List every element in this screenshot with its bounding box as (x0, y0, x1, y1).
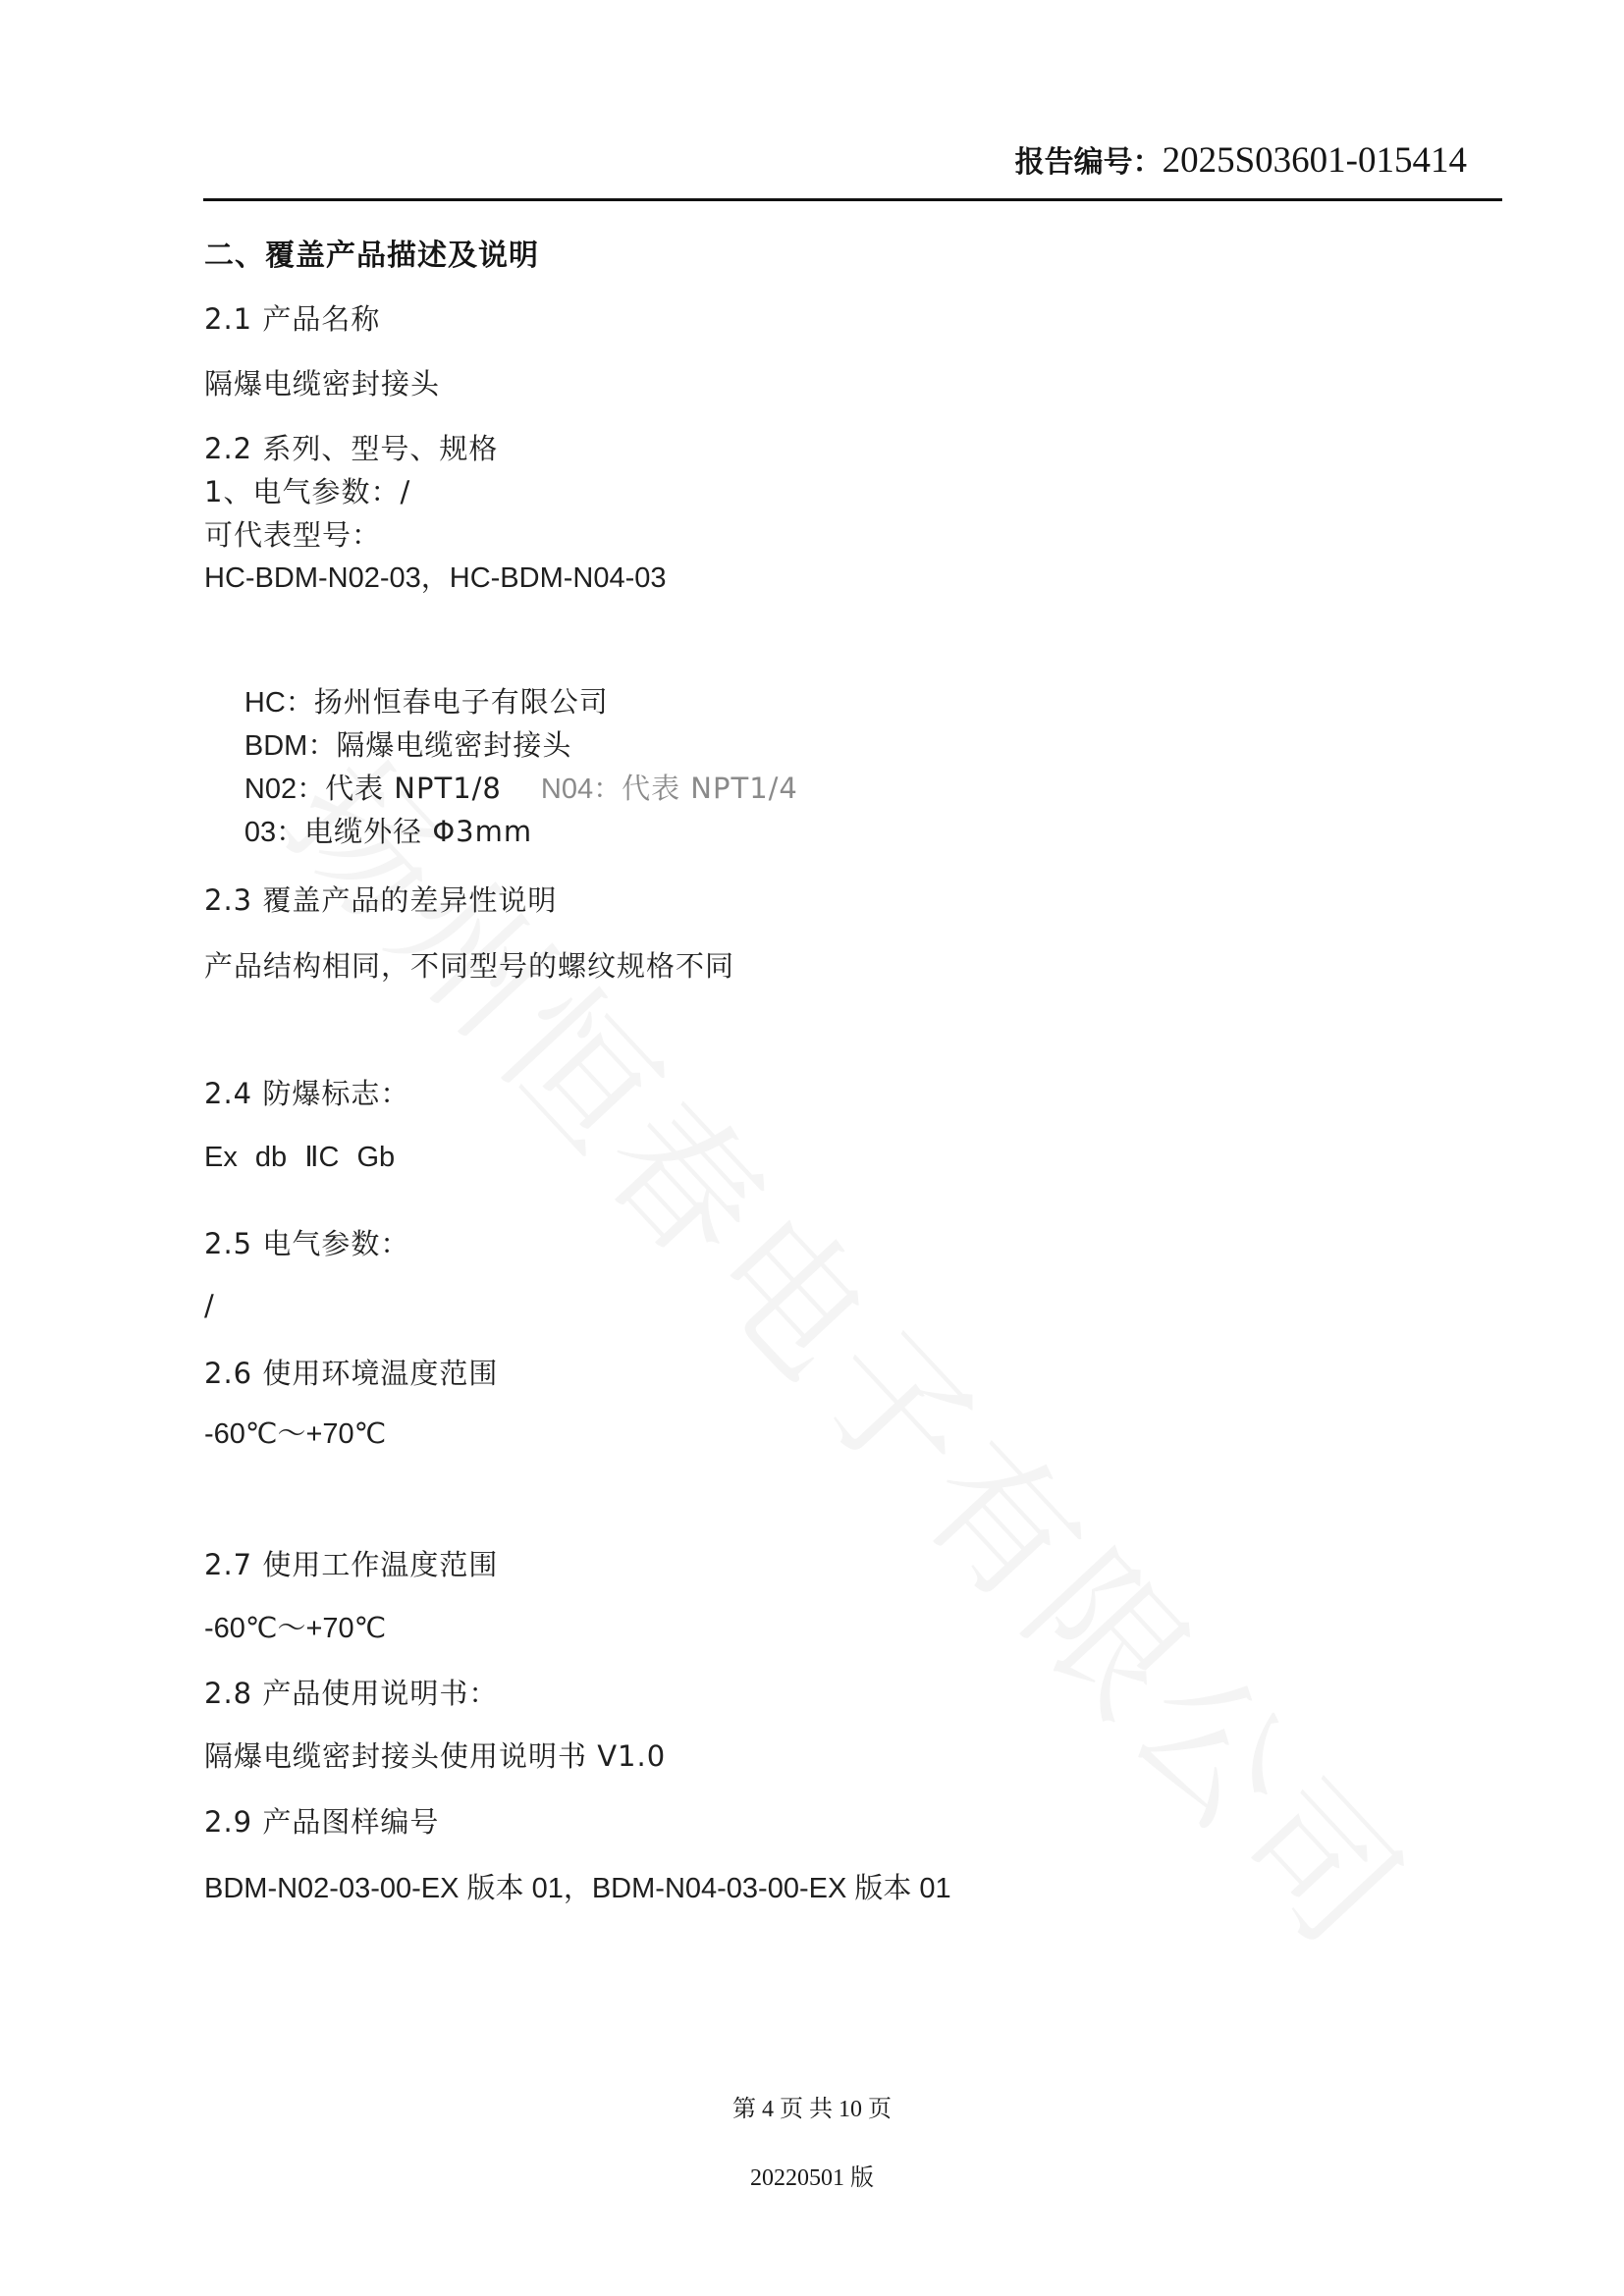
item-content-ambient-temp: -60℃～+70℃ (204, 1416, 386, 1452)
spec-models-label: 可代表型号： (204, 517, 381, 553)
section-title: 二、覆盖产品描述及说明 (204, 239, 539, 274)
item-heading-manual: 2.8 产品使用说明书： (204, 1676, 498, 1711)
item-content-drawing-no: BDM-N02-03-00-EX 版本 01，BDM-N04-03-00-EX … (204, 1871, 951, 1906)
item-content-working-temp: -60℃～+70℃ (204, 1611, 386, 1646)
report-number-value: 2025S03601-015414 (1163, 140, 1467, 181)
item-heading-drawing-no: 2.9 产品图样编号 (204, 1804, 439, 1840)
header-divider (203, 198, 1502, 201)
item-heading-ambient-temp: 2.6 使用环境温度范围 (204, 1356, 498, 1391)
document-page: 扬州恒春电子有限公司 报告编号：2025S03601-015414 二、覆盖产品… (0, 0, 1624, 2296)
item-content-electrical: / (204, 1288, 215, 1323)
item-heading-differences: 2.3 覆盖产品的差异性说明 (204, 882, 557, 918)
item-heading-electrical: 2.5 电气参数： (204, 1226, 409, 1261)
legend-text-2: 代表 NPT1/4 (622, 772, 798, 805)
item-heading-ex-marking: 2.4 防爆标志： (204, 1076, 409, 1111)
spec-models: HC-BDM-N02-03，HC-BDM-N04-03 (204, 561, 667, 596)
item-content-differences: 产品结构相同，不同型号的螺纹规格不同 (204, 948, 734, 984)
report-number-header: 报告编号：2025S03601-015414 (1015, 137, 1467, 182)
legend-code: 03： (244, 817, 304, 848)
item-content-manual: 隔爆电缆密封接头使用说明书 V1.0 (204, 1738, 666, 1774)
report-number-label: 报告编号： (1015, 145, 1163, 180)
item-heading-working-temp: 2.7 使用工作温度范围 (204, 1547, 498, 1582)
item-heading-product-name: 2.1 产品名称 (204, 301, 380, 337)
legend-text: 电缆外径 Φ3mm (304, 815, 532, 848)
spec-legend-diameter: 03：电缆外径 Φ3mm (204, 778, 532, 885)
spec-electrical: 1、电气参数：/ (204, 474, 410, 509)
version-stamp: 20220501 版 (0, 2158, 1624, 2192)
legend-code-2: N04： (541, 774, 622, 805)
item-heading-series-model: 2.2 系列、型号、规格 (204, 431, 498, 466)
item-content-product-name: 隔爆电缆密封接头 (204, 366, 440, 401)
item-content-ex-marking: Ex db ⅡC Gb (204, 1140, 395, 1175)
page-number: 第 4 页 共 10 页 (0, 2089, 1624, 2123)
